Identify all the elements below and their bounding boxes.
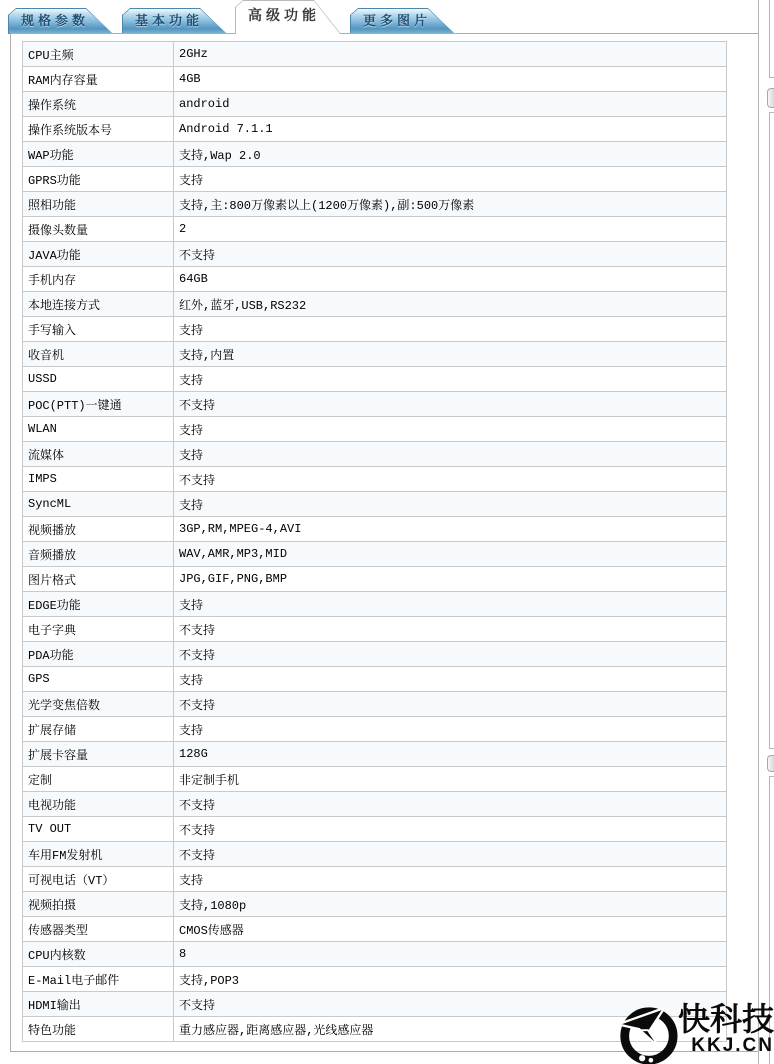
table-row: PDA功能不支持 <box>23 642 727 667</box>
spec-name: SyncML <box>23 492 174 517</box>
table-row: TV OUT不支持 <box>23 817 727 842</box>
tab-bar: 规格参数 基本功能 高级功能 更多图片 <box>0 0 774 34</box>
spec-name: 手机内存 <box>23 267 174 292</box>
spec-name: 扩展卡容量 <box>23 742 174 767</box>
table-row: IMPS不支持 <box>23 467 727 492</box>
table-row: USSD支持 <box>23 367 727 392</box>
logo-text: 快科技 KKJ.CN <box>662 1003 774 1055</box>
spec-name: POC(PTT)一键通 <box>23 392 174 417</box>
spec-name: 电视功能 <box>23 792 174 817</box>
tab-basic-functions[interactable]: 基本功能 <box>122 8 227 34</box>
spec-name: JAVA功能 <box>23 242 174 267</box>
spec-name: PDA功能 <box>23 642 174 667</box>
right-sidebar-button-cropped[interactable] <box>767 755 774 772</box>
tab-label: 规格参数 <box>8 8 113 33</box>
spec-table-body: CPU主频2GHzRAM内存容量4GB操作系统android操作系统版本号And… <box>23 42 727 1042</box>
spec-value: Android 7.1.1 <box>174 117 727 142</box>
spec-value: 不支持 <box>174 692 727 717</box>
spec-name: 操作系统版本号 <box>23 117 174 142</box>
spec-name: HDMI输出 <box>23 992 174 1017</box>
spec-name: GPRS功能 <box>23 167 174 192</box>
spec-name: 摄像头数量 <box>23 217 174 242</box>
logo-brand: 快科技 <box>662 1003 774 1035</box>
table-row: 视频播放3GP,RM,MPEG-4,AVI <box>23 517 727 542</box>
spec-name: TV OUT <box>23 817 174 842</box>
spec-value: 不支持 <box>174 817 727 842</box>
spec-value: 不支持 <box>174 242 727 267</box>
spec-name: 视频拍摄 <box>23 892 174 917</box>
spec-value: 支持,POP3 <box>174 967 727 992</box>
table-row: 视频拍摄支持,1080p <box>23 892 727 917</box>
spec-name: 视频播放 <box>23 517 174 542</box>
table-row: 收音机支持,内置 <box>23 342 727 367</box>
spec-name: 可视电话（VT） <box>23 867 174 892</box>
spec-name: 特色功能 <box>23 1017 174 1042</box>
spec-name: 流媒体 <box>23 442 174 467</box>
table-row: 照相功能支持,主:800万像素以上(1200万像素),副:500万像素 <box>23 192 727 217</box>
spec-value: 不支持 <box>174 792 727 817</box>
spec-name: RAM内存容量 <box>23 67 174 92</box>
spec-name: IMPS <box>23 467 174 492</box>
table-row: CPU主频2GHz <box>23 42 727 67</box>
spec-name: 手写输入 <box>23 317 174 342</box>
tab-label: 基本功能 <box>122 8 227 33</box>
spec-value: WAV,AMR,MP3,MID <box>174 542 727 567</box>
table-row: EDGE功能支持 <box>23 592 727 617</box>
spec-name: CPU主频 <box>23 42 174 67</box>
spec-value: 不支持 <box>174 842 727 867</box>
spec-name: 收音机 <box>23 342 174 367</box>
spec-name: 电子字典 <box>23 617 174 642</box>
right-frame-border <box>758 0 759 1064</box>
spec-value: 2GHz <box>174 42 727 67</box>
table-row: 传感器类型CMOS传感器 <box>23 917 727 942</box>
spec-name: 照相功能 <box>23 192 174 217</box>
spec-value: 支持 <box>174 717 727 742</box>
spec-value: 支持 <box>174 867 727 892</box>
right-sidebar-panel-cropped <box>769 0 774 78</box>
spec-name: 光学变焦倍数 <box>23 692 174 717</box>
spec-name: USSD <box>23 367 174 392</box>
spec-value: 64GB <box>174 267 727 292</box>
table-row: GPS支持 <box>23 667 727 692</box>
table-row: JAVA功能不支持 <box>23 242 727 267</box>
spec-value: 不支持 <box>174 392 727 417</box>
spec-value: 支持,Wap 2.0 <box>174 142 727 167</box>
kkj-watermark: 快科技 KKJ.CN <box>610 1000 774 1060</box>
table-row: 车用FM发射机不支持 <box>23 842 727 867</box>
spec-value: 128G <box>174 742 727 767</box>
spec-value: 不支持 <box>174 617 727 642</box>
table-row: 光学变焦倍数不支持 <box>23 692 727 717</box>
table-row: GPRS功能支持 <box>23 167 727 192</box>
spec-value: 支持 <box>174 167 727 192</box>
table-row: 流媒体支持 <box>23 442 727 467</box>
table-row: 手写输入支持 <box>23 317 727 342</box>
spec-table: CPU主频2GHzRAM内存容量4GB操作系统android操作系统版本号And… <box>22 41 727 1042</box>
spec-name: CPU内核数 <box>23 942 174 967</box>
content-panel: CPU主频2GHzRAM内存容量4GB操作系统android操作系统版本号And… <box>10 33 759 1052</box>
spec-value: 红外,蓝牙,USB,RS232 <box>174 292 727 317</box>
spec-name: WAP功能 <box>23 142 174 167</box>
spec-name: GPS <box>23 667 174 692</box>
spec-value: 3GP,RM,MPEG-4,AVI <box>174 517 727 542</box>
spec-value: 不支持 <box>174 467 727 492</box>
spec-name: 车用FM发射机 <box>23 842 174 867</box>
table-row: POC(PTT)一键通不支持 <box>23 392 727 417</box>
table-row: WAP功能支持,Wap 2.0 <box>23 142 727 167</box>
tab-more-images[interactable]: 更多图片 <box>350 8 455 34</box>
spec-value: android <box>174 92 727 117</box>
spec-value: 支持,1080p <box>174 892 727 917</box>
tab-spec-params[interactable]: 规格参数 <box>8 8 113 34</box>
spec-value: 支持,内置 <box>174 342 727 367</box>
right-sidebar-button-cropped[interactable] <box>767 88 774 108</box>
spec-name: E-Mail电子邮件 <box>23 967 174 992</box>
spec-value: 支持 <box>174 492 727 517</box>
spec-name: 图片格式 <box>23 567 174 592</box>
table-row: 摄像头数量2 <box>23 217 727 242</box>
table-row: 定制非定制手机 <box>23 767 727 792</box>
spec-value: 支持,主:800万像素以上(1200万像素),副:500万像素 <box>174 192 727 217</box>
spec-value: 不支持 <box>174 642 727 667</box>
spec-name: 定制 <box>23 767 174 792</box>
spec-value: 支持 <box>174 317 727 342</box>
table-row: WLAN支持 <box>23 417 727 442</box>
spec-name: EDGE功能 <box>23 592 174 617</box>
spec-value: 支持 <box>174 417 727 442</box>
table-row: 手机内存64GB <box>23 267 727 292</box>
spec-value: 支持 <box>174 367 727 392</box>
table-row: 操作系统android <box>23 92 727 117</box>
tab-label: 更多图片 <box>350 8 455 33</box>
tab-label: 高级功能 <box>235 0 341 31</box>
spec-value: 支持 <box>174 442 727 467</box>
spec-value: JPG,GIF,PNG,BMP <box>174 567 727 592</box>
spec-name: 本地连接方式 <box>23 292 174 317</box>
table-row: 图片格式JPG,GIF,PNG,BMP <box>23 567 727 592</box>
spec-name: WLAN <box>23 417 174 442</box>
table-row: 音频播放WAV,AMR,MP3,MID <box>23 542 727 567</box>
table-row: 本地连接方式红外,蓝牙,USB,RS232 <box>23 292 727 317</box>
spec-value: 4GB <box>174 67 727 92</box>
spec-name: 扩展存储 <box>23 717 174 742</box>
table-row: CPU内核数8 <box>23 942 727 967</box>
table-row: 可视电话（VT）支持 <box>23 867 727 892</box>
spec-value: 非定制手机 <box>174 767 727 792</box>
spec-name: 音频播放 <box>23 542 174 567</box>
tab-advanced-functions-active[interactable]: 高级功能 <box>235 0 341 34</box>
table-row: 电视功能不支持 <box>23 792 727 817</box>
spec-value: CMOS传感器 <box>174 917 727 942</box>
spec-name: 操作系统 <box>23 92 174 117</box>
table-row: 电子字典不支持 <box>23 617 727 642</box>
spec-value: 8 <box>174 942 727 967</box>
spec-value: 2 <box>174 217 727 242</box>
table-row: 扩展存储支持 <box>23 717 727 742</box>
spec-value: 支持 <box>174 592 727 617</box>
table-row: 扩展卡容量128G <box>23 742 727 767</box>
table-row: E-Mail电子邮件支持,POP3 <box>23 967 727 992</box>
right-sidebar-panel-cropped <box>769 112 774 749</box>
table-row: 操作系统版本号Android 7.1.1 <box>23 117 727 142</box>
logo-domain: KKJ.CN <box>662 1036 774 1055</box>
table-row: RAM内存容量4GB <box>23 67 727 92</box>
spec-value: 支持 <box>174 667 727 692</box>
table-row: SyncML支持 <box>23 492 727 517</box>
spec-name: 传感器类型 <box>23 917 174 942</box>
